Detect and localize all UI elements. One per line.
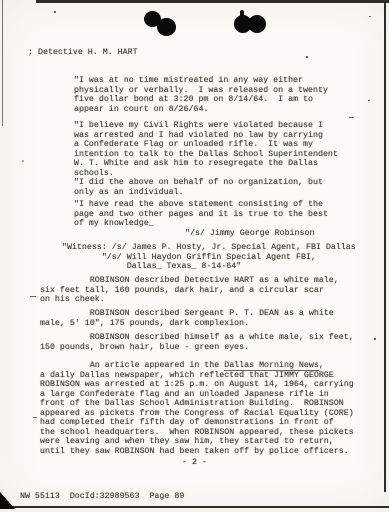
stray-mark: ; <box>28 48 33 58</box>
ink-speck <box>369 16 371 17</box>
ink-speck <box>22 160 24 162</box>
ink-speck <box>368 100 370 101</box>
witness-block: "Witness: /s/ James P. Hosty, Jr. Specia… <box>62 243 356 272</box>
ink-blot <box>248 15 266 33</box>
ink-blot <box>157 18 176 36</box>
scan-corner-mark <box>0 492 15 509</box>
ink-speck <box>30 296 36 297</box>
statement-paragraph-3: "I did the above on behalf of no organiz… <box>74 178 323 197</box>
scanned-document-page: ; Detective H. M. HART "I was at no time… <box>0 0 389 512</box>
scan-edge-left <box>2 0 3 126</box>
newspaper-title-underline <box>224 370 319 371</box>
newspaper-article-paragraph: An article appeared in the Dallas Mornin… <box>40 361 354 456</box>
scan-edge-bottom <box>0 506 389 508</box>
description-hart-paragraph: ROBINSON described Detective HART as a w… <box>40 276 339 305</box>
signature-line: "/s/ Jimmy George Robinson <box>185 229 314 239</box>
archive-footer-stamp: NW 55113 DocId:32989563 Page 89 <box>20 492 184 502</box>
ink-speck <box>54 11 56 13</box>
ink-speck <box>349 117 354 118</box>
scan-edge-right <box>384 2 386 492</box>
statement-paragraph-4: "I have read the above statement consist… <box>74 200 328 229</box>
ink-speck <box>33 417 37 418</box>
description-self-paragraph: ROBINSON described himself as a white ma… <box>40 333 354 352</box>
addressee-line: Detective H. M. HART <box>38 48 138 58</box>
statement-paragraph-1: "I was at no time mistreated in any way … <box>74 76 328 114</box>
scan-edge-top <box>36 0 389 3</box>
ink-speck <box>374 338 376 340</box>
ink-blot-nub <box>240 10 244 17</box>
description-dean-paragraph: ROBINSON described Sergeant P. T. DEAN a… <box>40 309 334 328</box>
statement-paragraph-2: "I believe my Civil Rights were violated… <box>74 121 338 178</box>
page-number: - 2 - <box>0 458 389 468</box>
ink-speck <box>306 56 308 58</box>
